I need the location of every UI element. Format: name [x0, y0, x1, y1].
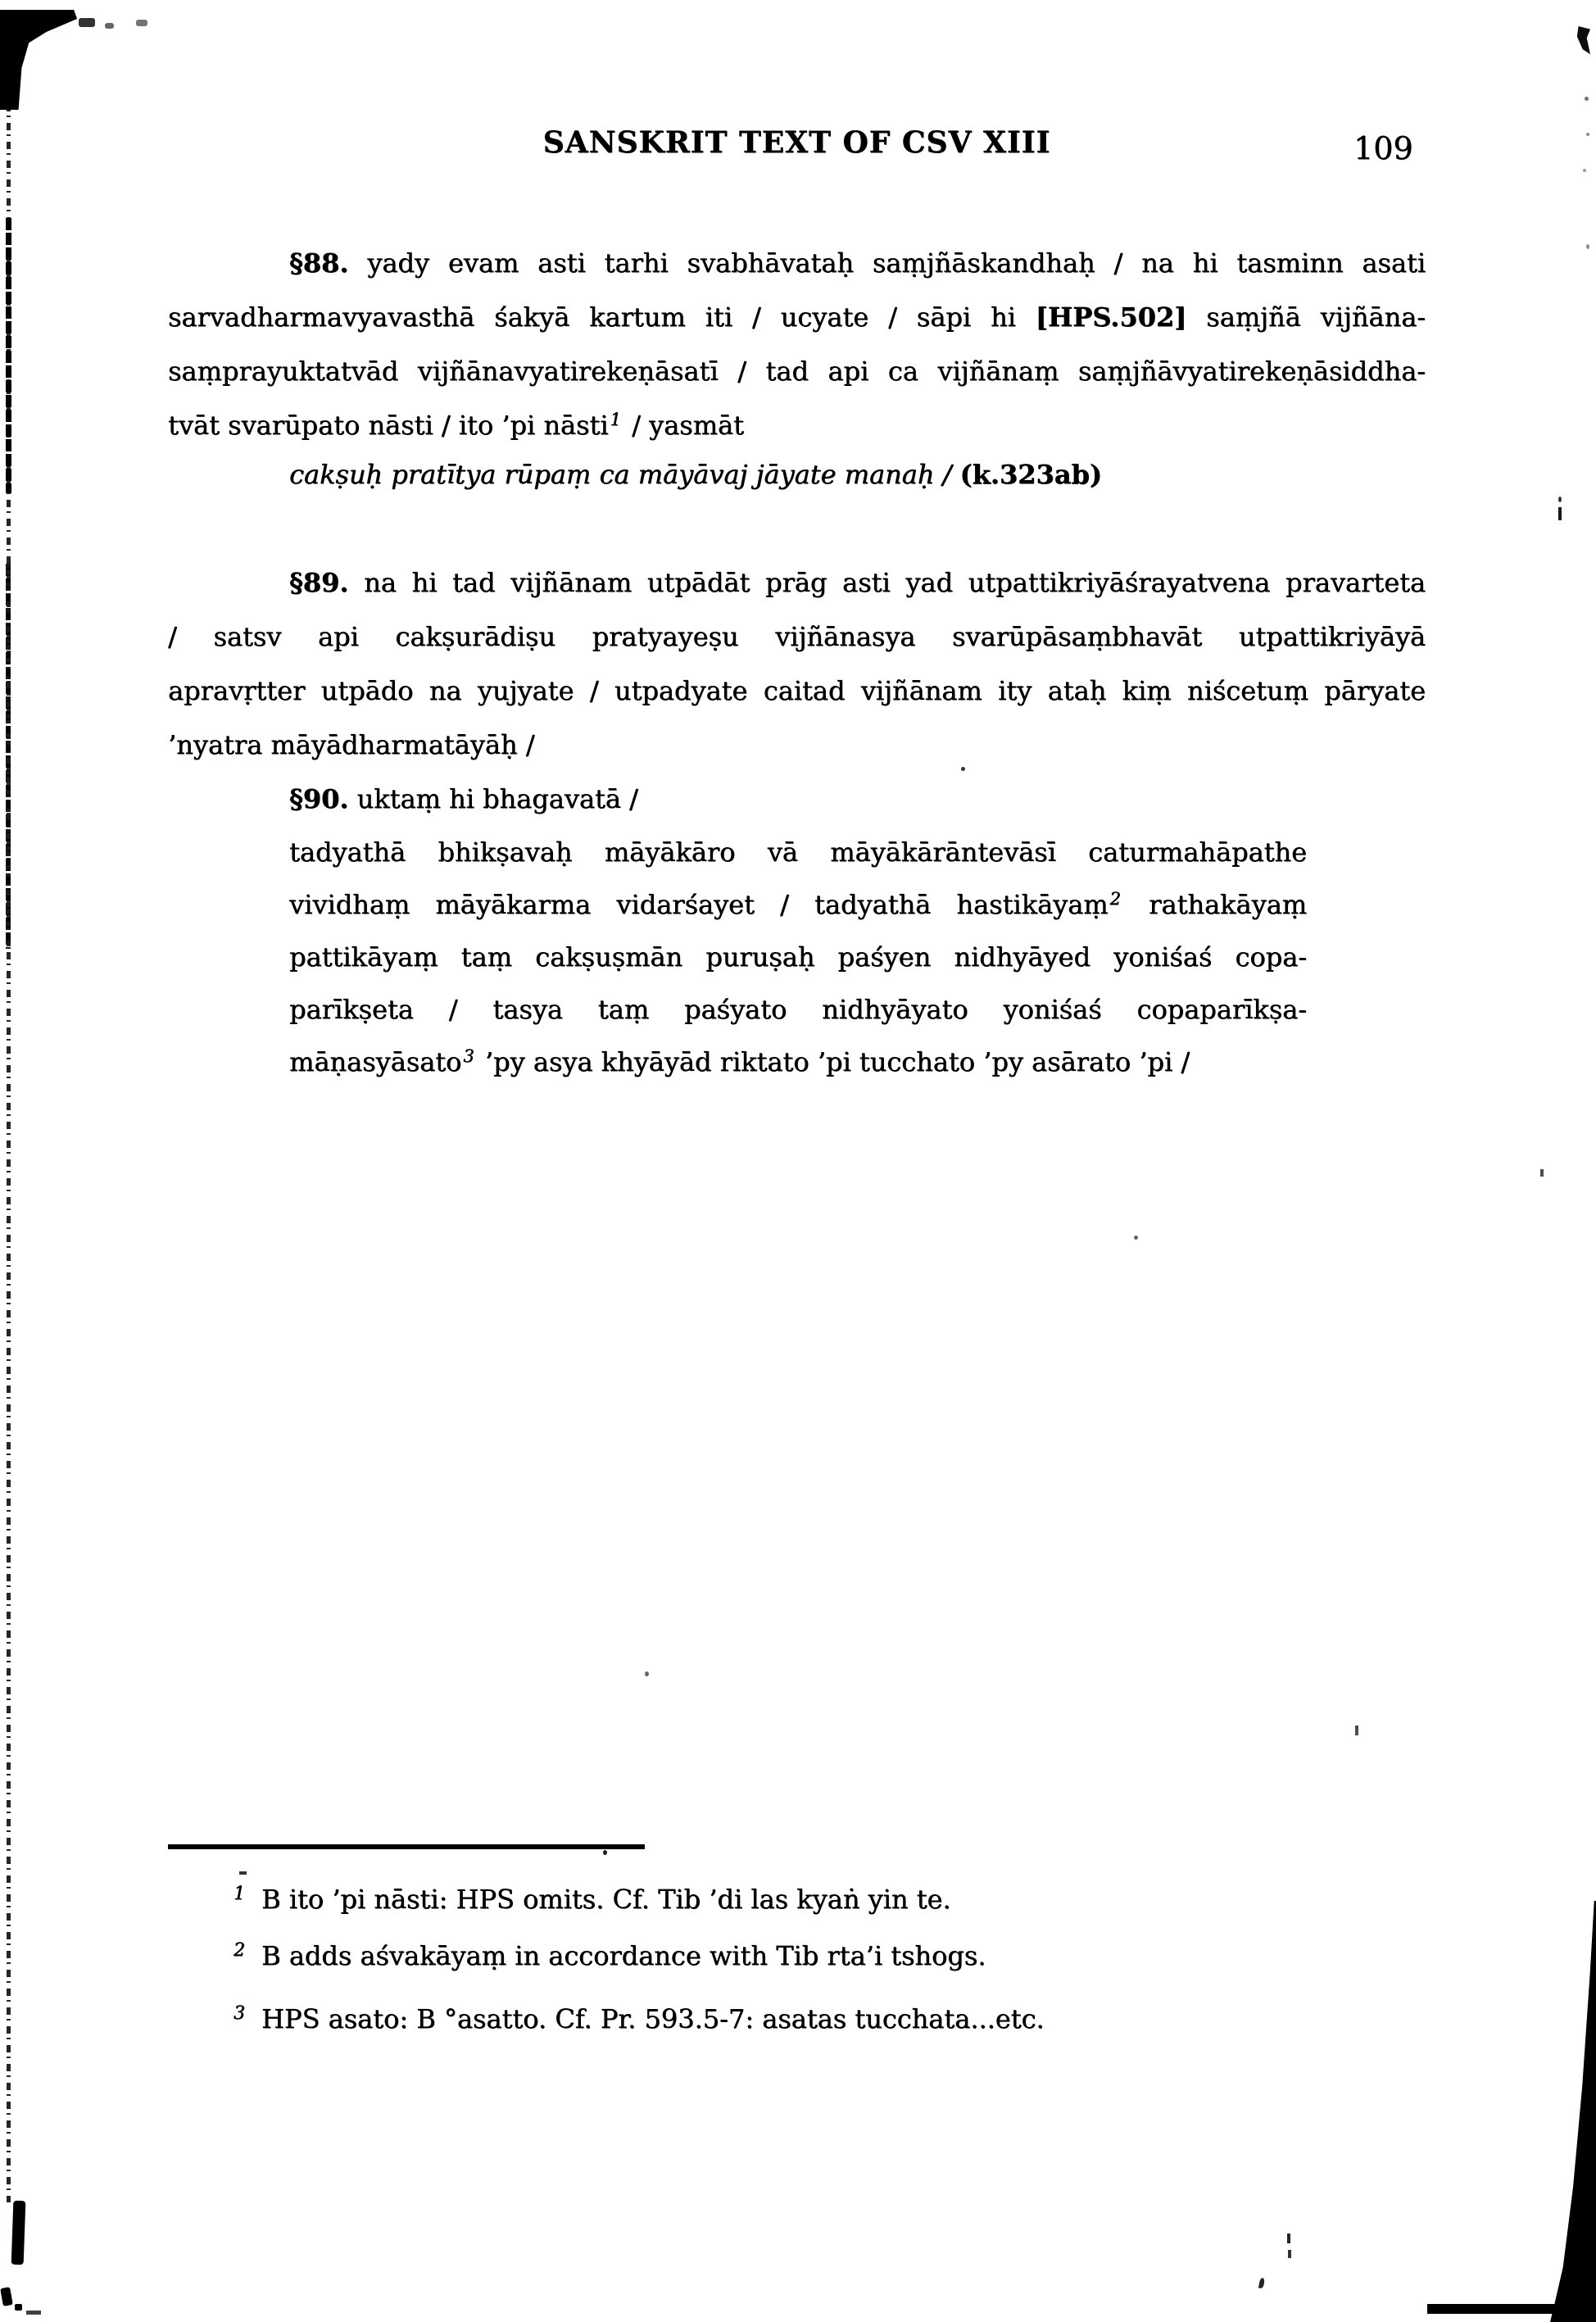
scan-artifact-bottom-left-bar: [11, 2201, 26, 2265]
text-segment: cakṣuḥ pratītya rūpaṃ ca māyāvaj jāyate …: [289, 459, 959, 490]
text-line: §88. yady evam asti tarhi svabhāvataḥ sa…: [168, 236, 1426, 290]
text-line: §90. uktaṃ hi bhagavatā /: [289, 772, 638, 826]
footnote-reference: 1: [610, 410, 621, 429]
scan-artifact-dash: [1355, 1726, 1358, 1735]
text-line: §89. na hi tad vijñānam utpādāt prāg ast…: [168, 556, 1426, 610]
text-segment: / yasmāt: [623, 410, 744, 441]
text-line: ’nyatra māyādharmatāyāḥ /: [168, 718, 1426, 772]
scan-artifact-dash: [1287, 2234, 1290, 2243]
text-segment: parīkṣeta / tasya taṃ paśyato nidhyāyato…: [289, 994, 1307, 1025]
text-line: tvāt svarūpato nāsti / ito ’pi nāsti1 / …: [168, 398, 1426, 452]
text-segment: māṇasyāsato: [289, 1046, 461, 1077]
text-segment: / satsv api cakṣurādiṣu pratyayeṣu vijñā…: [168, 621, 1426, 652]
text-line: saṃprayuktatvād vijñānavyatirekeṇāsatī /…: [168, 344, 1426, 398]
text-segment: uktaṃ hi bhagavatā /: [348, 783, 637, 814]
scan-artifact-dot: [645, 1671, 649, 1676]
text-line: / satsv api cakṣurādiṣu pratyayeṣu vijñā…: [168, 610, 1426, 664]
text-segment: apravṛtter utpādo na yujyate / utpadyate…: [168, 675, 1426, 706]
scan-artifact-dot: [961, 767, 965, 771]
scan-artifact-speck: [26, 2311, 41, 2315]
text-segment: rathakāyaṃ: [1123, 889, 1307, 920]
scan-artifact-left-edge-dense: [6, 564, 11, 949]
scan-artifact-dash: [239, 1871, 247, 1875]
scanned-book-page: SANSKRIT TEXT OF CSV XIII 109 §88. yady …: [0, 0, 1596, 2322]
text-line: māṇasyāsato3 ’py asya khyāyād riktato ’p…: [289, 1036, 1307, 1088]
text-block-p89: §89. na hi tad vijñānam utpādāt prāg ast…: [168, 556, 1426, 772]
footnote-number: 2: [234, 1925, 245, 1976]
text-line: cakṣuḥ pratītya rūpaṃ ca māyāvaj jāyate …: [289, 447, 1436, 501]
text-segment: tvāt svarūpato nāsti / ito ’pi nāsti: [168, 410, 609, 441]
text-segment: vividhaṃ māyākarma vidarśayet / tadyathā…: [289, 889, 1109, 920]
text-segment: saṃjñā vijñāna-: [1186, 302, 1426, 333]
scan-artifact-dot: [1583, 169, 1586, 172]
scan-artifact-corner-blob: [0, 10, 80, 110]
scan-artifact-dot: [1540, 1169, 1544, 1177]
footnote-1: 1B ito ’pi nāsti: HPS omits. Cf. Tib ’di…: [168, 1869, 1446, 1925]
text-segment: pattikāyaṃ taṃ cakṣuṣmān puruṣaḥ paśyen …: [289, 941, 1307, 973]
footnote-reference: 2: [1110, 889, 1121, 909]
scan-artifact-speck: [79, 18, 95, 27]
text-line: apravṛtter utpādo na yujyate / utpadyate…: [168, 664, 1426, 718]
scan-artifact-dot: [1134, 1236, 1138, 1240]
text-segment: ’py asya khyāyād riktato ’pi tucchato ’p…: [477, 1046, 1190, 1077]
scan-artifact-dash: [1558, 507, 1562, 520]
page-number: 109: [1353, 129, 1413, 168]
text-line: parīkṣeta / tasya taṃ paśyato nidhyāyato…: [289, 983, 1307, 1036]
text-block-quote: tadyathā bhikṣavaḥ māyākāro vā māyākārān…: [289, 826, 1307, 1088]
footnote-2: 2B adds aśvakāyaṃ in accordance with Tib…: [168, 1925, 1446, 1981]
text-line: pattikāyaṃ taṃ cakṣuṣmān puruṣaḥ paśyen …: [289, 931, 1307, 983]
scan-artifact-comma: [1258, 2278, 1265, 2289]
scan-artifact-speck: [136, 20, 147, 26]
footnote-number: 3: [234, 1989, 245, 2039]
scan-artifact-bottom-right-bar: [1427, 2304, 1596, 2314]
scan-artifact-top-right-speck: [1576, 26, 1590, 56]
scan-artifact-left-edge-dense: [6, 218, 11, 493]
footnote-reference: 3: [463, 1046, 474, 1066]
scan-artifact-dot: [1558, 497, 1562, 502]
scan-artifact-speck: [0, 2287, 13, 2306]
text-line: vividhaṃ māyākarma vidarśayet / tadyathā…: [289, 878, 1307, 931]
footnote-3: 3HPS asato: B °asatto. Cf. Pr. 593.5-7: …: [168, 1989, 1446, 2044]
text-segment: sarvadharmavyavasthā śakyā kartum iti / …: [168, 302, 1036, 333]
text-line: tadyathā bhikṣavaḥ māyākāro vā māyākārān…: [289, 826, 1307, 878]
text-block-p90head: §90. uktaṃ hi bhagavatā /: [289, 772, 638, 826]
text-line: sarvadharmavyavasthā śakyā kartum iti / …: [168, 290, 1426, 344]
scan-artifact-dot: [1585, 97, 1589, 101]
footnote-separator-rule: [168, 1844, 645, 1849]
scan-artifact-dash: [1288, 2250, 1291, 2258]
text-segment: §88.: [289, 247, 348, 279]
text-segment: ’nyatra māyādharmatāyāḥ /: [168, 729, 534, 760]
running-head: SANSKRIT TEXT OF CSV XIII: [168, 123, 1426, 162]
scan-artifact-speck: [105, 23, 114, 29]
scan-artifact-right-wedge: [1550, 1901, 1596, 2322]
scan-artifact-dot: [603, 1850, 607, 1855]
text-segment: saṃprayuktatvād vijñānavyatirekeṇāsatī /…: [168, 356, 1426, 387]
footnote-text: HPS asato: B °asatto. Cf. Pr. 593.5-7: a…: [261, 2003, 1045, 2034]
footnote-number: 1: [234, 1869, 245, 1920]
text-segment: na hi tad vijñānam utpādāt prāg asti yad…: [348, 567, 1426, 598]
footnote-text: B adds aśvakāyaṃ in accordance with Tib …: [261, 1940, 986, 1971]
scan-artifact-dot: [1586, 244, 1589, 249]
text-segment: (k.323ab): [959, 459, 1102, 490]
text-segment: §89.: [289, 567, 348, 598]
text-block-verse: cakṣuḥ pratītya rūpaṃ ca māyāvaj jāyate …: [289, 447, 1436, 501]
scan-artifact-speck: [15, 2304, 22, 2311]
text-segment: §90.: [289, 783, 348, 814]
scan-artifact-dot: [1586, 133, 1589, 136]
text-segment: yady evam asti tarhi svabhāvataḥ saṃjñās…: [348, 247, 1426, 279]
footnote-text: B ito ’pi nāsti: HPS omits. Cf. Tib ’di …: [261, 1884, 951, 1915]
text-segment: tadyathā bhikṣavaḥ māyākāro vā māyākārān…: [289, 837, 1307, 868]
text-segment: [HPS.502]: [1036, 302, 1186, 333]
text-block-p88: §88. yady evam asti tarhi svabhāvataḥ sa…: [168, 236, 1426, 452]
